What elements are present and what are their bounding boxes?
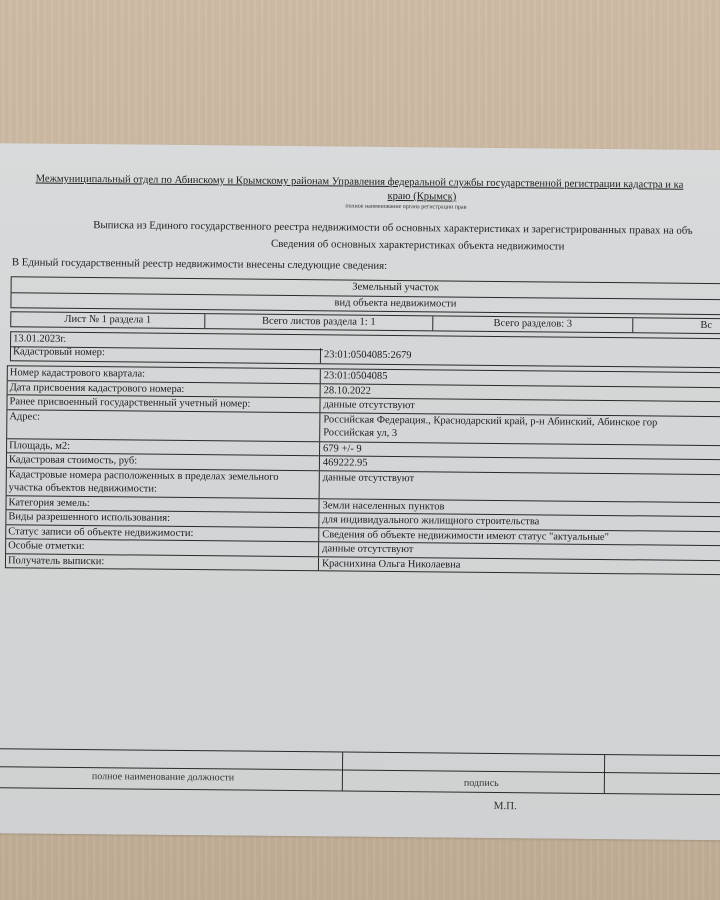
field-value: данные отсутствуют	[320, 471, 720, 502]
sheets-in-section: Всего листов раздела 1: 1	[205, 314, 433, 330]
cadastral-number-label: Кадастровый номер:	[11, 345, 321, 363]
document-sheet: Межмуниципальный отдел по Абинскому и Кр…	[0, 143, 720, 841]
document-title: Выписка из Единого государственного реес…	[93, 219, 692, 237]
sheet-info-row: Лист № 1 раздела 1 Всего листов раздела …	[10, 311, 720, 334]
characteristics-table: Номер кадастрового квартала: 23:01:05040…	[5, 365, 720, 575]
field-label: Адрес:	[7, 410, 320, 441]
object-type-box: Земельный участок вид объекта недвижимос…	[10, 276, 720, 315]
organization-name: Межмуниципальный отдел по Абинскому и Кр…	[36, 174, 684, 191]
signature-caption: подпись	[464, 778, 499, 789]
signature-table: полное наименование должности подпись	[0, 748, 720, 796]
signature-column-divider	[342, 753, 343, 791]
field-label: Кадастровые номера расположенных в преде…	[7, 468, 320, 498]
signature-column-divider	[604, 755, 605, 793]
position-caption: полное наименование должности	[92, 771, 234, 783]
field-value: Краснихина Ольга Николаевна	[319, 557, 720, 575]
field-value: Российская Федерация., Краснодарский кра…	[320, 413, 720, 445]
organization-caption: полное наименование органа регистрации п…	[345, 204, 466, 211]
sheet-number: Лист № 1 раздела 1	[11, 312, 205, 328]
organization-name-continued: краю (Крымск)	[387, 191, 456, 203]
stamp-placeholder: М.П.	[494, 800, 517, 812]
cadastral-number-value: 23:01:0504085:2679	[321, 348, 720, 367]
date-cadastral-box: 13.01.2023г. Кадастровый номер: 23:01:05…	[10, 331, 720, 368]
document-subtitle: Сведения об основных характеристиках объ…	[271, 238, 565, 253]
total-sections: Всего разделов: 3	[433, 316, 633, 332]
document-content: Межмуниципальный отдел по Абинскому и Кр…	[10, 143, 720, 150]
total-sheets: Вс	[633, 318, 720, 333]
field-label: Получатель выписки:	[6, 554, 319, 571]
intro-text: В Единый государственный реестр недвижим…	[12, 256, 387, 272]
cadastral-number-row: Кадастровый номер: 23:01:0504085:2679	[11, 345, 720, 367]
